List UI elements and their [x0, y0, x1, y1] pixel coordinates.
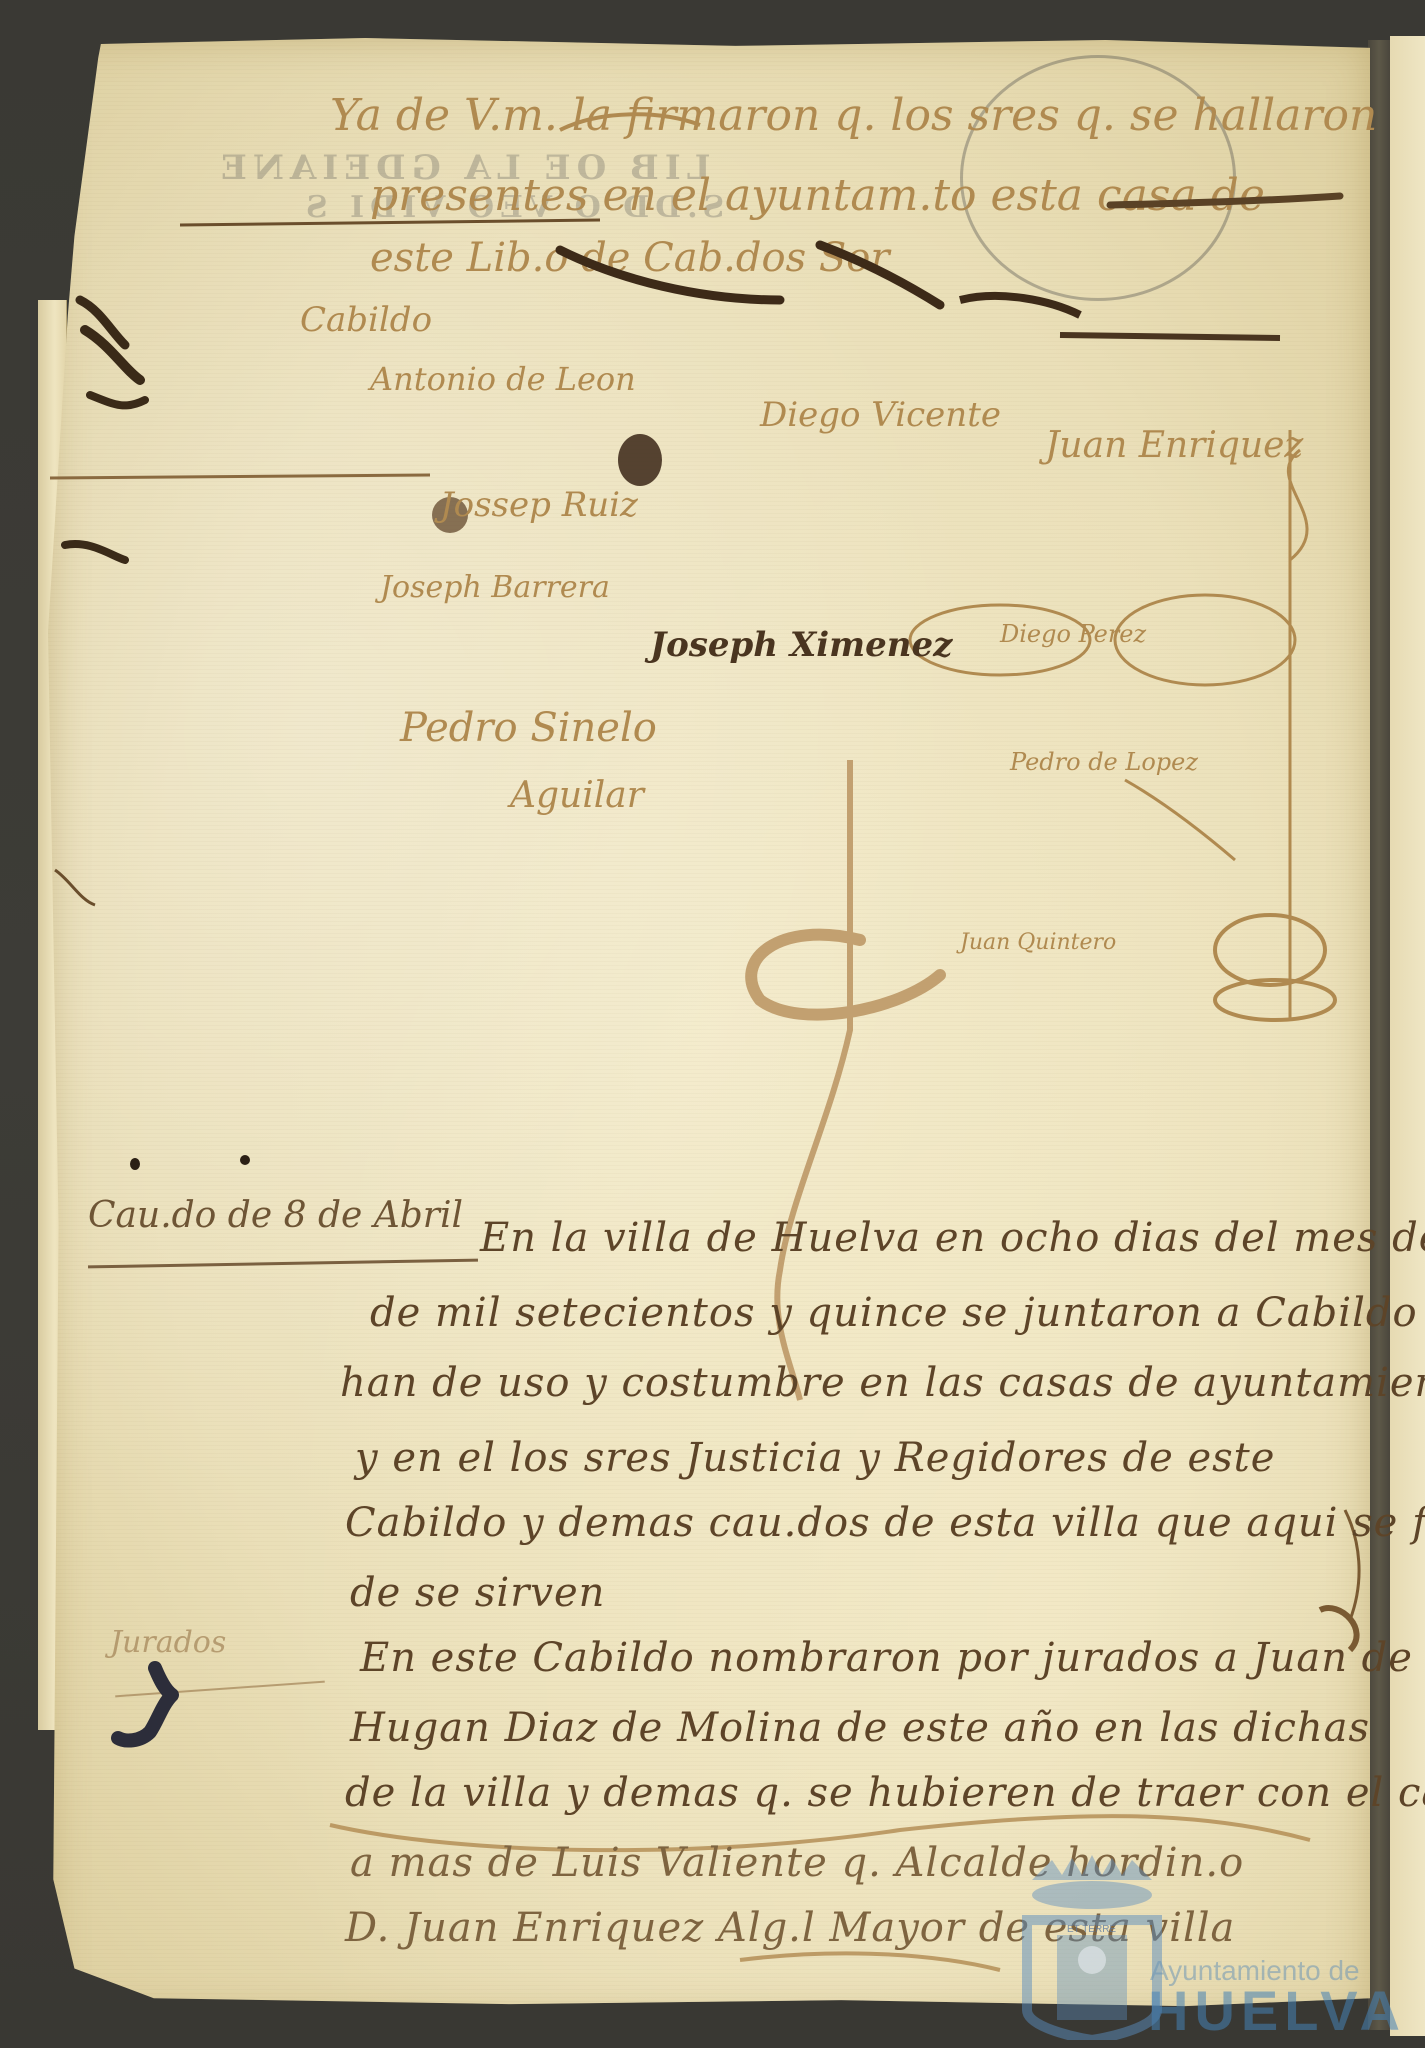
manuscript-page — [48, 38, 1370, 2018]
adjacent-page-edge — [1390, 36, 1425, 2036]
binding-gutter — [1368, 40, 1390, 2030]
